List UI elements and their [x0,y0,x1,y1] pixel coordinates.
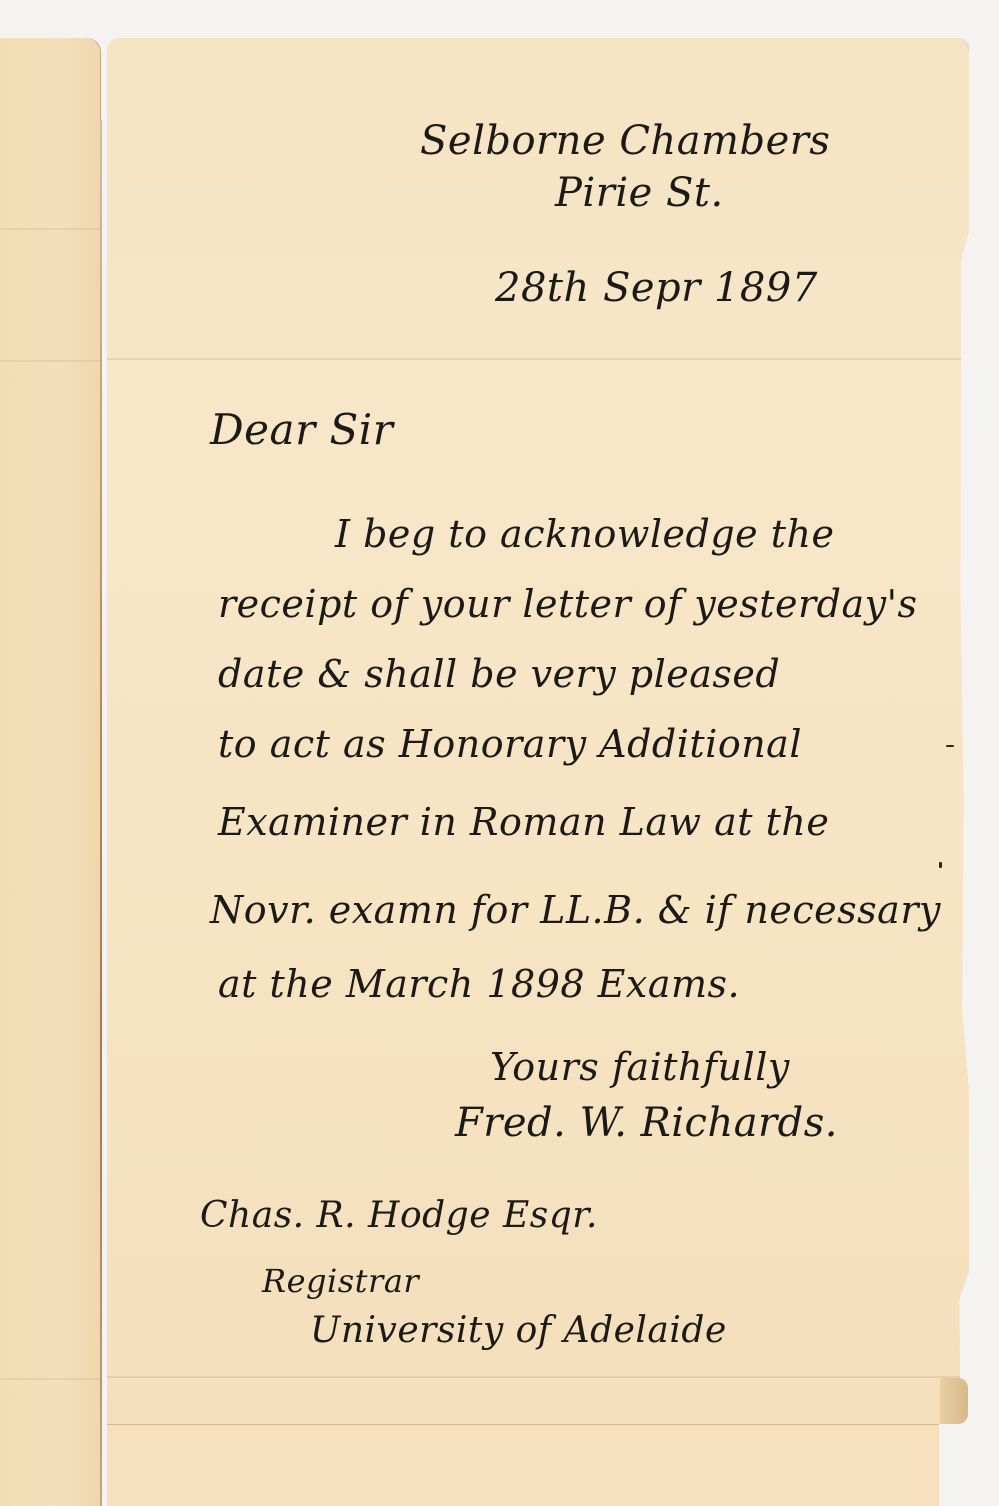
fold-line [0,360,101,362]
show-through-writing: ​ [0,576,46,595]
margin-mark [939,862,942,868]
closing: Yours faithfully [490,1045,790,1089]
letter-date: 28th Sepr 1897 [495,265,818,311]
signature: Fred. W. Richards. [455,1100,838,1146]
fold-line [107,358,969,360]
underlying-sheet [107,1424,939,1506]
fold-line [0,1378,101,1380]
salutation: Dear Sir [210,405,393,454]
body-line: date & shall be very pleased [218,652,780,696]
recipient-institution: University of Adelaide [310,1310,727,1351]
body-line: Novr. examn for LL.B. & if necessary [210,888,941,932]
page-edge-tab [940,1378,968,1424]
recipient-name: Chas. R. Hodge Esqr. [200,1195,598,1236]
body-line: receipt of your letter of yesterday's [218,582,918,626]
body-line: I beg to acknowledge the [335,512,834,556]
address-line-2: Pirie St. [555,170,724,216]
recipient-title: Registrar [262,1262,419,1300]
body-line: Examiner in Roman Law at the [218,800,829,844]
fold-line [0,228,101,230]
body-line: to act as Honorary Additional [218,722,802,766]
body-line: at the March 1898 Exams. [218,962,740,1006]
fold-line [107,1376,969,1378]
margin-mark [946,745,954,747]
previous-page: ​ [0,38,101,1506]
address-line-1: Selborne Chambers [420,118,830,164]
page-spine [100,120,102,1506]
